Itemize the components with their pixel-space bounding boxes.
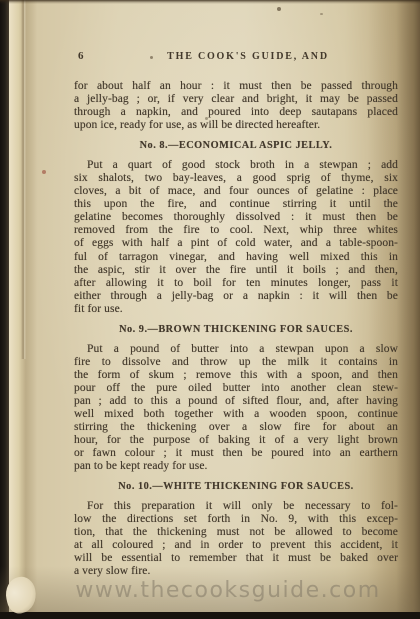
text-line: pour off the pure oiled butter into anot…: [74, 382, 398, 395]
text-line: low the directions set forth in No. 9, w…: [74, 513, 398, 526]
section-paragraph-no9: Put a pound of butter into a stewpan upo…: [74, 343, 398, 474]
text-line: Put a quart of good stock broth in a ste…: [74, 159, 398, 172]
text-line: either through a jelly-bag or a napkin :…: [74, 290, 398, 303]
text-line: fire to dissolve and throw up the milk i…: [74, 356, 398, 369]
text-line: after allowing it to boil for ten minute…: [74, 277, 398, 290]
text-line: pan ; add to this a pound of sifted flou…: [74, 395, 398, 408]
text-line: ful of tarragon vinegar, and having well…: [74, 251, 398, 264]
text-line: through a napkin, and poured into deep s…: [74, 106, 398, 119]
text-line: for about half an hour : it must then be…: [74, 80, 398, 93]
text-line: the aspic, stir it over the fire until i…: [74, 264, 398, 277]
text-line: will be essential to remember that it mu…: [74, 552, 398, 565]
text-line: Put a pound of butter into a stewpan upo…: [74, 343, 398, 356]
page-content: 6 THE COOK'S GUIDE, AND for about half a…: [74, 50, 398, 579]
section-heading-no10: No. 10.—WHITE THICKENING FOR SAUCES.: [74, 481, 398, 494]
section-paragraph-no10: For this preparation it will only be nec…: [74, 500, 398, 579]
text-line: fit for use.: [74, 303, 398, 316]
text-line: this upon the fire, and continue stirrin…: [74, 198, 398, 211]
page-crease: [21, 0, 26, 359]
text-line: hour, for the purpose of baking it of a …: [74, 434, 398, 447]
text-line: tion, that the thickening must not be al…: [74, 526, 398, 539]
scan-top-border: [0, 0, 420, 4]
watermark: www.thecooksguide.com: [75, 578, 380, 603]
text-line: a very slow fire.: [74, 565, 398, 578]
page-header: 6 THE COOK'S GUIDE, AND: [74, 50, 398, 63]
intro-paragraph: for about half an hour : it must then be…: [74, 80, 398, 132]
text-line: pan to be kept ready for use.: [74, 460, 398, 473]
text-line: the form of skum ; remove this with a sp…: [74, 369, 398, 382]
text-line: a jelly-bag ; or, if very clear and brig…: [74, 93, 398, 106]
book-page-scan: 6 THE COOK'S GUIDE, AND for about half a…: [0, 0, 420, 619]
text-line: at all coloured ; and in order to preven…: [74, 539, 398, 552]
text-line: gelatine becomes thoroughly dissolved : …: [74, 211, 398, 224]
section-paragraph-no8: Put a quart of good stock broth in a ste…: [74, 159, 398, 316]
text-line: cloves, a bit of mace, and four ounces o…: [74, 185, 398, 198]
text-line: or fawn colour ; it must then be poured …: [74, 447, 398, 460]
paper-speck: [320, 13, 323, 15]
text-line: six shalots, two bay-leaves, a good spri…: [74, 172, 398, 185]
text-line: removed from the fire to cool. Next, whi…: [74, 224, 398, 237]
section-heading-no8: No. 8.—ECONOMICAL ASPIC JELLY.: [74, 140, 398, 153]
text-line: upon ice, ready for use, as will be dire…: [74, 119, 398, 132]
text-line: stirring the thickening over a slow fire…: [74, 421, 398, 434]
paper-speck: [277, 7, 281, 11]
text-line: of eggs with half a pint of cold water, …: [74, 237, 398, 250]
book-gutter-shadow: [0, 0, 9, 619]
text-line: well mixed both together with a wooden s…: [74, 408, 398, 421]
running-title: THE COOK'S GUIDE, AND: [116, 51, 380, 62]
section-heading-no9: No. 9.—BROWN THICKENING FOR SAUCES.: [74, 324, 398, 337]
scan-bottom-border: [0, 612, 420, 619]
text-line: For this preparation it will only be nec…: [74, 500, 398, 513]
paper-speck: [42, 170, 46, 174]
